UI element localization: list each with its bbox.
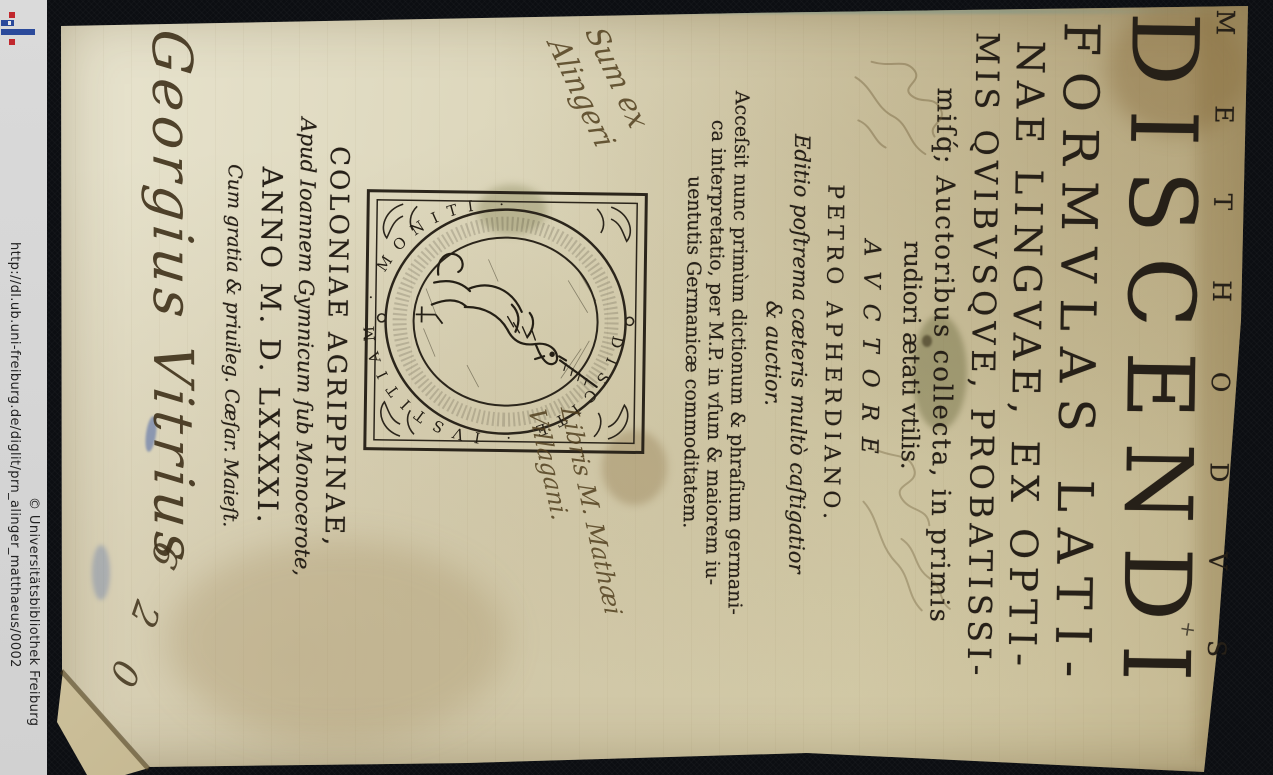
author-line-petro: PETRO APHERDIANO. — [816, 4, 848, 704]
edition-line-1: Editio poſtrema cæteris multò caſtigatio… — [783, 4, 814, 704]
faint-ink-scribble-left — [834, 31, 982, 189]
imprint-year: ANNO M. D. LXXXXI. — [250, 0, 288, 696]
logo-red-square-bottom — [9, 39, 15, 45]
inscription-sum-ex-alingeri: Sum ex Alingeri — [537, 23, 662, 152]
digitized-scan-viewer: http://dl.ub.uni-freiburg.de/diglit/prn_… — [0, 0, 1273, 775]
inscription-number-620: 6 2 0 — [93, 534, 189, 707]
source-info-strip: http://dl.ub.uni-freiburg.de/diglit/prn_… — [0, 0, 47, 775]
source-url: http://dl.ub.uni-freiburg.de/diglit/prn_… — [7, 242, 22, 668]
title-line-linguae: NAE LINGVAE, EX OPTI- — [1002, 7, 1050, 707]
edition-line-2: & auctior. — [757, 3, 788, 703]
page-content-rotated: METHODVS DISCENDI FORMVLAS LATI- NAE LIN… — [52, 0, 1252, 710]
logo-red-square-top — [9, 12, 15, 18]
title-line-formvlas: FORMVLAS LATI- — [1047, 7, 1106, 708]
svg-text:DISCITE · IVSTITIAM · MONITI ·: DISCITE · IVSTITIAM · MONITI · — [362, 193, 629, 449]
title-line-discendi: DISCENDI — [1108, 8, 1210, 709]
unicorn-figure — [431, 254, 599, 387]
copyright-notice: © Universitätsbibliothek Freiburg — [26, 497, 41, 726]
woodcut-hatching — [423, 258, 597, 388]
logo-blue-bar-long — [1, 29, 35, 35]
logo-white-notch — [8, 21, 11, 25]
printer-monogram — [416, 306, 443, 323]
inscription-georgius-vitrius: Georgius Vitrius — [135, 26, 211, 569]
emblem-motto-text: DISCITE · IVSTITIAM · MONITI · — [362, 193, 629, 449]
unicorn-printers-mark-woodcut: DISCITE · IVSTITIAM · MONITI · — [362, 188, 650, 456]
imprint-place: COLONIAE AGRIPPINAE, — [318, 0, 354, 697]
imprint-printer: Apud Ioannem Gymnicum ſub Monocerote, — [289, 0, 320, 697]
imprint-privilege: Cum gratia & priuileg. Cæſar. Maieſt. — [217, 0, 246, 696]
scan-background: METHODVS DISCENDI FORMVLAS LATI- NAE LIN… — [47, 0, 1273, 775]
